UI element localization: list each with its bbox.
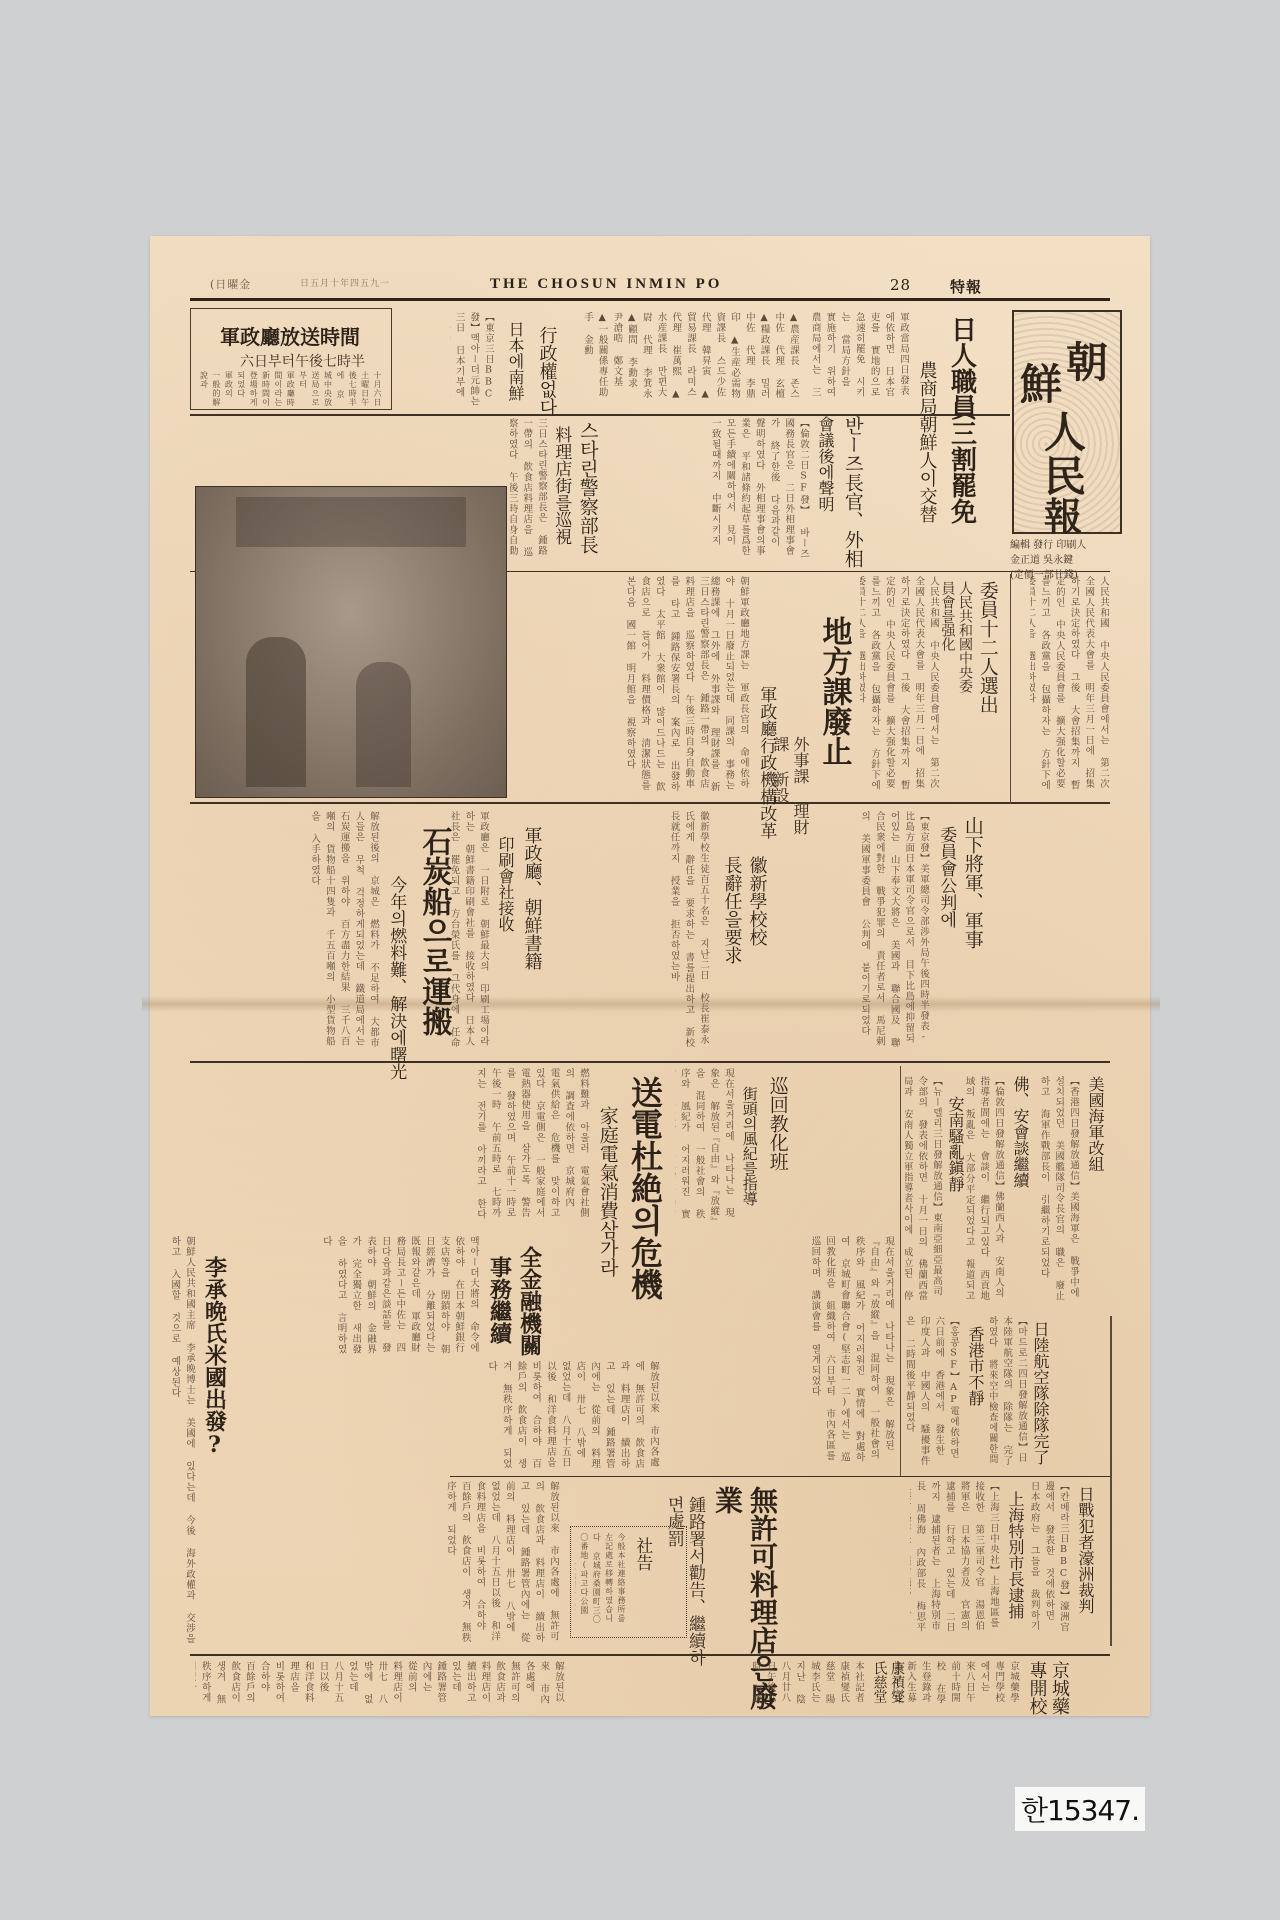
credit-line: 金正道 吳永鍵 bbox=[1010, 551, 1122, 566]
masthead-date: 日五月十年四五九一 bbox=[300, 276, 390, 289]
headline-shanghai: 上海特別市長逮捕 bbox=[1005, 1491, 1025, 1619]
article-body: 【홍콩SF】AP電에依하면 六日前에 香港에서 發生한 印度人과 中國人의 騷擾… bbox=[905, 1316, 960, 1466]
headline-committee: 委員十二人選出 bbox=[975, 581, 999, 714]
headline-school: 徽新學校校 bbox=[745, 856, 768, 946]
article-body: 現在서울거리에 나타나는 現象은 解放된『自由』와『放縱』을 混同하여 一般社會… bbox=[675, 1068, 735, 1228]
notice-body: 今般本社連絡事務所를左記處로移轉하였습니다 京城府桑園町三〇〇番地(파고다公園뒤… bbox=[575, 1533, 627, 1631]
tag-local: 軍政廳行政機構改革 bbox=[755, 686, 776, 839]
headline-patrol: 巡回教化班 bbox=[765, 1076, 789, 1171]
article-body: 燃料難과 아울러 電氣會社側의 調査에依하면 京城府內 電氣供給은 危機를 맞이… bbox=[450, 1068, 590, 1228]
headline-coal: 石炭船으로運搬 bbox=[415, 826, 453, 1036]
article-body: 十月六日 土曜日午後七時半에 京城中央放送局으로부터 軍政廳時間이라는 新時間이… bbox=[198, 371, 383, 407]
article-body: 【뉴ー델리三日發解放通信】東南亞細亞最高司令部의 發表에依하면 十月一日의 佛蘭… bbox=[905, 1076, 943, 1306]
photo-figure bbox=[246, 637, 306, 787]
article-body: 人民共和國 中央人民委員會에서는 第二次 全國人民代表大會를 明年三月一日에 招… bbox=[1030, 576, 1110, 796]
headline-hongkong: 香港市不靜 bbox=[965, 1326, 985, 1406]
article-body: 解放된以來 市內各處에 無許可의 飮食店과 料理店이 續出하고 있는데 鍾路署管… bbox=[240, 1481, 560, 1646]
article-body: 三日스타린警察部長은 鍾路一帶의 飮食店料理店을 巡察하였다 午後三時自身自動車… bbox=[510, 418, 548, 566]
subhead-macarthur: 日本에南鮮 bbox=[505, 321, 525, 401]
personnel-list: ▲農産課長 존스中佐 代理 玄檀 ▲糧政課長 밀러中佐 代理 李鼎印 ▲生産必需… bbox=[570, 312, 800, 407]
subhead-lead: 農商局朝鮮人이交替 bbox=[915, 361, 938, 523]
article-body: 【칸베라三日BBC發】濠洲官邊에서 發表한 것에依하면 日本政府는 그들을 裁判… bbox=[1030, 1481, 1070, 1641]
rule bbox=[190, 1654, 1110, 1656]
subhead-police: 料理店街를巡視 bbox=[550, 426, 571, 545]
headline-local: 地方課廢止 bbox=[815, 616, 853, 766]
article-body: 現在서울거리에 나타나는 現象은 解放된『自由』와『放縱』을 混同하여 一般社會… bbox=[675, 1236, 895, 1471]
headline-rhee: 李承晩氏米國出發? bbox=[200, 1256, 228, 1458]
masthead-day: (日曜金 bbox=[210, 276, 251, 292]
article-body: 軍政當局四日發表에依하면 日本官吏를 實地的으로 急速히罷免 시키는 當局方針을… bbox=[810, 312, 910, 402]
article-body: 軍政廳은 一日附로 朝鮮最大의 印刷工場이라하는 朝鮮書籍印刷會社를 接收하였다… bbox=[450, 811, 490, 1051]
headline-macarthur: 行政權없다 bbox=[535, 326, 558, 416]
photo-signboard bbox=[236, 497, 466, 547]
article-body: 解放된以來 市內各處에 無許可의 飮食店과 料理店이 續出하고 있는데 鍾路署管… bbox=[195, 1661, 565, 1711]
credit-line: 編輯 發行 印刷人 bbox=[1010, 536, 1122, 551]
notice-title: 社告 bbox=[631, 1537, 652, 1571]
subhead-byrnes: 會議後에聲明 bbox=[815, 416, 835, 512]
headline-yamashita: 山下將軍、軍事 bbox=[960, 816, 984, 949]
company-notice-box: 社告 今般本社連絡事務所를左記處로移轉하였습니다 京城府桑園町三〇〇番地(파고다… bbox=[570, 1526, 687, 1638]
photo-figure bbox=[356, 662, 411, 787]
edition-label: 特報 bbox=[950, 276, 982, 297]
subhead-yamashita: 委員會公判에 bbox=[935, 826, 956, 928]
issue-number: 28 bbox=[890, 276, 911, 294]
rule bbox=[900, 1066, 901, 1476]
article-body: 맥아ー더大將의 命令에依하야 在日本朝鮮銀行支店等을 閉鎖하야 朝日經濟가 分離… bbox=[240, 1236, 480, 1356]
article-body: 朝鮮軍政廳地方課는 軍政長官의 命에依하야 十月一日廢止되었는데 同課의 事務는… bbox=[710, 576, 750, 796]
headline-warcrimes: 日戰犯者濠洲裁判 bbox=[1075, 1486, 1095, 1614]
article-body: 人民共和國 中央人民委員會에서는 第二次 全國人民代表大會를 明年三月一日에 招… bbox=[860, 576, 940, 796]
rule bbox=[190, 802, 1110, 804]
article-body: 徽新學校生徒百五十名은 지난二日 校長崔泰永氏에게 辭任을 要求하는 書를提出하… bbox=[580, 811, 710, 1051]
rule bbox=[1010, 574, 1011, 804]
headline-broadcast: 軍政廳放送時間 bbox=[220, 321, 360, 350]
publisher-credits: 編輯 發行 印刷人 金正道 吳永鍵 (定價一部卄錢) bbox=[1010, 536, 1122, 581]
masthead-rule bbox=[190, 298, 1110, 301]
article-body: 【東京發】美軍總司令部渉外局午後四時半發表-比島方面日本軍司令官으로서 目下比島… bbox=[850, 811, 930, 1051]
article-body: 本社記者 康禎燮氏 慈堂 陽城李氏는 지난 陰八月廿八日午後八時 內藏浦區大興町… bbox=[750, 1661, 865, 1711]
subhead-broadcast: 六日부터午後七時半 bbox=[240, 351, 365, 371]
headline-finance: 全金融機關 bbox=[515, 1246, 543, 1356]
article-body: 【上海三日中央社】上海地區를 接收한 第三軍司令官 湯恩伯將軍은 日本協力者及 … bbox=[910, 1481, 1000, 1641]
article-body: 朝鮮人民共和國主席 李承晩博士는 美國에 있다는데 今後 海外政權과 交涉을 하… bbox=[158, 1236, 196, 1646]
headline-aviation: 日陸航空隊除隊完了 bbox=[1030, 1321, 1050, 1465]
headline-indochina: 佛、安會談繼續 bbox=[1010, 1076, 1030, 1188]
newspaper-page: (日曜金 日五月十年四五九一 THE CHOSUN INMIN PO 28 特報… bbox=[150, 236, 1150, 1716]
subhead-patrol: 街頭의風紀를指導 bbox=[740, 1086, 759, 1206]
logo-char: 報 bbox=[1044, 486, 1082, 541]
masthead-title: THE CHOSUN INMIN PO bbox=[490, 276, 722, 293]
article-body: 【倫敦四日發解放通信】佛蘭西人과 安南人의 指導者間에는 會談이 繼行되고있다 … bbox=[965, 1076, 1005, 1306]
rule bbox=[190, 1061, 1110, 1063]
headline-pharmacy: 京城藥專開校 bbox=[1025, 1661, 1070, 1716]
headline-annam: 安南騷亂鎭靜 bbox=[945, 1096, 965, 1192]
article-body: 【香港四日發解放通信】美國海軍은 戰爭中에 설치되었던 美國艦隊司令長官의 職은… bbox=[1030, 1076, 1080, 1306]
subhead-finance: 事務繼續 bbox=[485, 1256, 513, 1344]
headline-police: 스타린警察部長 bbox=[575, 421, 599, 554]
headline-byrnes: 반ー즈長官、外相 bbox=[840, 416, 864, 568]
catalog-label: 한15347. bbox=[1015, 1787, 1145, 1831]
rule bbox=[190, 414, 1010, 416]
headline-navy: 美國海軍改組 bbox=[1085, 1076, 1105, 1172]
rule bbox=[450, 1476, 1110, 1477]
logo-char: 朝 bbox=[1066, 330, 1108, 390]
article-body: 【倫敦二日SF發】 바ー즈國務長官은 二日外相理事會가 終了한後 다음과같이 聲… bbox=[710, 418, 810, 566]
subhead-coal: 今年의燃料難、解決에曙光 bbox=[385, 876, 406, 1080]
article-body: 【마드로二四日發解放通信】日本陸軍航空隊의 除隊는 完了하였다 將來空中檢查에關… bbox=[990, 1316, 1028, 1466]
article-body: 【東京三日BBC發】맥아ー더元帥는三日 日本기부에對하야 南朝鮮地區의 行政權行… bbox=[450, 312, 495, 407]
newspaper-logo: 朝 鮮 人 民 報 bbox=[1012, 310, 1122, 534]
subhead-committee: 人民共和國中央委員會를强化 bbox=[945, 581, 973, 701]
subhead-school: 長辭任을要求 bbox=[720, 856, 743, 964]
article-body: 京城藥學專門學校에서는 來八日午前十時開校 在學生登錄과 新入生募集을 하는데 … bbox=[895, 1661, 1020, 1711]
rule bbox=[1110, 1316, 1112, 1646]
subhead-electric: 家庭電氣消費삼가라 bbox=[595, 1106, 619, 1277]
article-body: 解放된以來 市內各處에 無許可의 飮食店과 料理店이 續出하고 있는데 鍾路署管… bbox=[240, 1361, 660, 1471]
headline-electric: 送電杜絶의危機 bbox=[625, 1076, 665, 1300]
subhead-printing: 印刷會社接收 bbox=[495, 836, 515, 932]
article-body: 解放된後의 京城은 燃料가 不足하여 大都市人들은 무척 걱정하게되었는데 鐵道… bbox=[195, 811, 380, 1056]
news-photo bbox=[195, 486, 507, 798]
headline-obituary: 康禎燮氏慈堂 bbox=[870, 1661, 905, 1716]
headline-printing: 軍政廳、朝鮮書籍 bbox=[520, 826, 543, 970]
article-body: 三日스타린警察部長은 鍾路一帶의 飮食店料理店을 巡察하였다 午後三時自身自動車… bbox=[510, 576, 710, 796]
headline-lead: 日人職員三割罷免 bbox=[945, 316, 978, 524]
